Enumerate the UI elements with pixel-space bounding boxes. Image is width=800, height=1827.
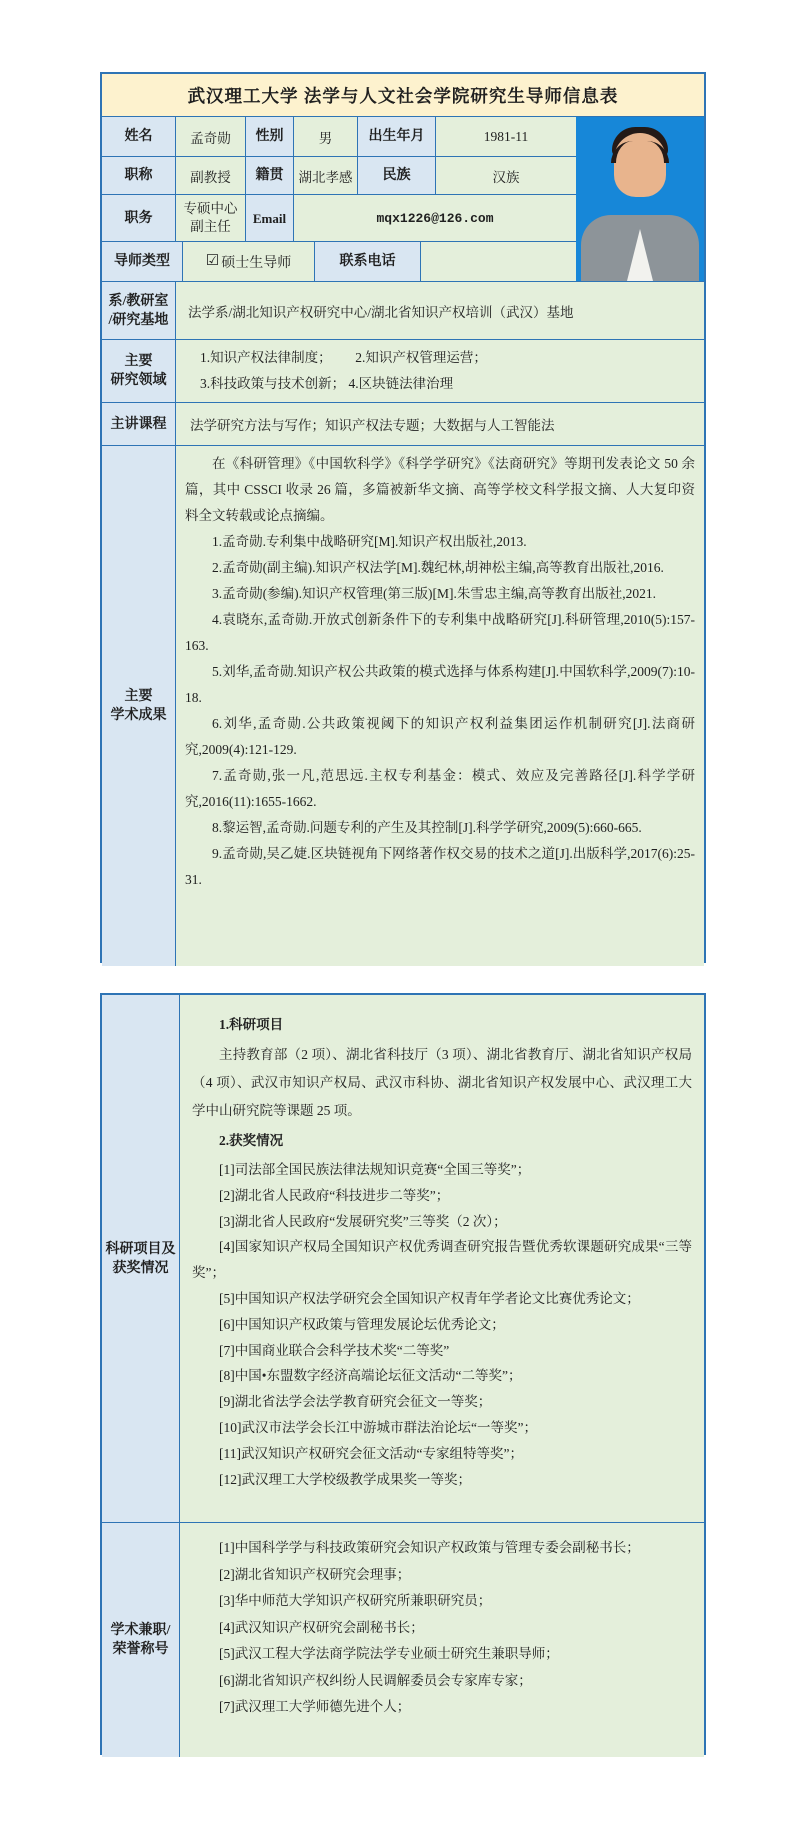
- projects-awards-label-line1: 科研项目及: [106, 1240, 176, 1259]
- projects-awards-label: 科研项目及 获奖情况: [102, 995, 180, 1522]
- name-value: 孟奇勋: [176, 117, 246, 156]
- personal-info-section: 姓名 孟奇勋 性别 男 出生年月 1981-11 职称 副教授 籍贯 湖北孝感 …: [102, 117, 704, 282]
- phone-value: [421, 242, 576, 281]
- affiliation-item: [4]武汉知识产权研究会副秘书长；: [192, 1615, 692, 1642]
- courses-row: 主讲课程 法学研究方法与写作；知识产权法专题；大数据与人工智能法: [102, 403, 704, 446]
- department-value: 法学系/湖北知识产权研究中心/湖北省知识产权培训（武汉）基地: [176, 282, 704, 339]
- affiliations-label-line1: 学术兼职/: [111, 1621, 171, 1640]
- achievements-label-line2: 学术成果: [111, 706, 167, 725]
- mentor-type-label: 导师类型: [102, 242, 183, 281]
- research-fields-label: 主要 研究领域: [102, 340, 176, 402]
- table-title: 武汉理工大学 法学与人文社会学院研究生导师信息表: [102, 74, 704, 117]
- awards-heading: 2.获奖情况: [192, 1127, 692, 1155]
- ethnic-value: 汉族: [436, 157, 576, 194]
- affiliation-item: [7]武汉理工大学师德先进个人；: [192, 1694, 692, 1721]
- award-item: [3]湖北省人民政府“发展研究奖”三等奖（2 次）；: [192, 1209, 692, 1235]
- award-item: [4]国家知识产权局全国知识产权优秀调查研究报告暨优秀软课题研究成果“三等奖”；: [192, 1234, 692, 1286]
- row-title-origin-ethnic: 职称 副教授 籍贯 湖北孝感 民族 汉族: [102, 157, 576, 195]
- affiliation-item: [3]华中师范大学知识产权研究所兼职研究员；: [192, 1588, 692, 1615]
- award-list: [1]司法部全国民族法律法规知识竞赛“全国三等奖”；[2]湖北省人民政府“科技进…: [192, 1157, 692, 1492]
- publication-item: 7.孟奇勋,张一凡,范思远.主权专利基金：模式、效应及完善路径[J].科学学研究…: [185, 763, 695, 815]
- affiliation-item: [2]湖北省知识产权研究会理事；: [192, 1562, 692, 1589]
- publication-item: 8.黎运智,孟奇勋.问题专利的产生及其控制[J].科学学研究,2009(5):6…: [185, 815, 695, 841]
- publication-item: 6.刘华,孟奇勋.公共政策视阈下的知识产权利益集团运作机制研究[J].法商研究,…: [185, 711, 695, 763]
- row-mentor-type-phone: 导师类型 ☑ 硕士生导师 联系电话: [102, 242, 576, 281]
- affiliations-content: [1]中国科学学与科技政策研究会知识产权政策与管理专委会副秘书长；[2]湖北省知…: [180, 1523, 704, 1757]
- achievements-content: 在《科研管理》《中国软科学》《科学学研究》《法商研究》等期刊发表论文 50 余篇…: [176, 446, 704, 966]
- award-item: [1]司法部全国民族法律法规知识竞赛“全国三等奖”；: [192, 1157, 692, 1183]
- prof-title-value: 副教授: [176, 157, 246, 194]
- gender-value: 男: [294, 117, 358, 156]
- affiliations-row: 学术兼职/ 荣誉称号 [1]中国科学学与科技政策研究会知识产权政策与管理专委会副…: [102, 1523, 704, 1757]
- award-item: [9]湖北省法学会法学教育研究会征文一等奖；: [192, 1389, 692, 1415]
- affiliations-label: 学术兼职/ 荣誉称号: [102, 1523, 180, 1757]
- research-fields-label-line1: 主要: [125, 352, 153, 371]
- projects-text: 主持教育部（2 项）、湖北省科技厅（3 项）、湖北省教育厅、湖北省知识产权局（4…: [192, 1041, 692, 1125]
- publication-list: 1.孟奇勋.专利集中战略研究[M].知识产权出版社,2013.2.孟奇勋(副主编…: [185, 529, 695, 893]
- origin-label: 籍贯: [246, 157, 294, 194]
- award-item: [7]中国商业联合会科学技术奖“二等奖”: [192, 1338, 692, 1364]
- projects-awards-row: 科研项目及 获奖情况 1.科研项目 主持教育部（2 项）、湖北省科技厅（3 项）…: [102, 995, 704, 1523]
- affiliation-item: [5]武汉工程大学法商学院法学专业硕士研究生兼职导师；: [192, 1641, 692, 1668]
- award-item: [10]武汉市法学会长江中游城市群法治论坛“一等奖”；: [192, 1415, 692, 1441]
- position-value: 专硕中心副主任: [176, 195, 246, 241]
- department-label-line2: /研究基地: [109, 311, 169, 330]
- ethnic-label: 民族: [358, 157, 436, 194]
- phone-label: 联系电话: [315, 242, 421, 281]
- publication-item: 3.孟奇勋(参编).知识产权管理(第三版)[M].朱雪忠主编,高等教育出版社,2…: [185, 581, 695, 607]
- mentor-type-value: ☑ 硕士生导师: [183, 242, 315, 281]
- email-value: mqx1226@126.com: [294, 195, 576, 241]
- publication-item: 4.袁晓东,孟奇勋.开放式创新条件下的专利集中战略研究[J].科研管理,2010…: [185, 607, 695, 659]
- research-fields-value: 1.知识产权法律制度； 2.知识产权管理运营； 3.科技政策与技术创新； 4.区…: [176, 340, 704, 402]
- prof-title-label: 职称: [102, 157, 176, 194]
- publication-item: 9.孟奇勋,吴乙婕.区块链视角下网络著作权交易的技术之道[J].出版科学,201…: [185, 841, 695, 893]
- courses-value: 法学研究方法与写作；知识产权法专题；大数据与人工智能法: [176, 403, 704, 445]
- checked-checkbox-icon: ☑: [206, 254, 219, 269]
- affiliation-item: [6]湖北省知识产权纠纷人民调解委员会专家库专家；: [192, 1668, 692, 1695]
- mentor-info-table: 武汉理工大学 法学与人文社会学院研究生导师信息表 姓名 孟奇勋 性别 男 出生年…: [100, 72, 706, 963]
- award-item: [5]中国知识产权法学研究会全国知识产权青年学者论文比赛优秀论文；: [192, 1286, 692, 1312]
- origin-value: 湖北孝感: [294, 157, 358, 194]
- name-label: 姓名: [102, 117, 176, 156]
- position-label: 职务: [102, 195, 176, 241]
- projects-awards-table: 科研项目及 获奖情况 1.科研项目 主持教育部（2 项）、湖北省科技厅（3 项）…: [100, 993, 706, 1755]
- birth-value: 1981-11: [436, 117, 576, 156]
- affiliations-label-line2: 荣誉称号: [113, 1640, 169, 1659]
- email-label: Email: [246, 195, 294, 241]
- award-item: [11]武汉知识产权研究会征文活动“专家组特等奖”；: [192, 1441, 692, 1467]
- achievements-label: 主要 学术成果: [102, 446, 176, 966]
- row-position-email: 职务 专硕中心副主任 Email mqx1226@126.com: [102, 195, 576, 242]
- publication-item: 2.孟奇勋(副主编).知识产权法学[M].魏纪林,胡神松主编,高等教育出版社,2…: [185, 555, 695, 581]
- award-item: [6]中国知识产权政策与管理发展论坛优秀论文；: [192, 1312, 692, 1338]
- department-label-line1: 系/教研室: [109, 292, 169, 311]
- affiliation-list: [1]中国科学学与科技政策研究会知识产权政策与管理专委会副秘书长；[2]湖北省知…: [192, 1535, 692, 1721]
- research-fields-label-line2: 研究领域: [111, 371, 167, 390]
- document-page: 武汉理工大学 法学与人文社会学院研究生导师信息表 姓名 孟奇勋 性别 男 出生年…: [0, 0, 800, 1827]
- research-fields-line1: 1.知识产权法律制度； 2.知识产权管理运营；: [200, 345, 487, 371]
- publication-item: 5.刘华,孟奇勋.知识产权公共政策的模式选择与体系构建[J].中国软科学,200…: [185, 659, 695, 711]
- courses-label: 主讲课程: [102, 403, 176, 445]
- projects-awards-label-line2: 获奖情况: [113, 1259, 169, 1278]
- research-fields-row: 主要 研究领域 1.知识产权法律制度； 2.知识产权管理运营； 3.科技政策与技…: [102, 340, 704, 403]
- award-item: [2]湖北省人民政府“科技进步二等奖”；: [192, 1183, 692, 1209]
- gender-label: 性别: [246, 117, 294, 156]
- award-item: [8]中国•东盟数字经济高端论坛征文活动“二等奖”；: [192, 1363, 692, 1389]
- publication-item: 1.孟奇勋.专利集中战略研究[M].知识产权出版社,2013.: [185, 529, 695, 555]
- award-item: [12]武汉理工大学校级教学成果奖一等奖；: [192, 1467, 692, 1493]
- portrait-photo: [576, 117, 704, 281]
- department-row: 系/教研室 /研究基地 法学系/湖北知识产权研究中心/湖北省知识产权培训（武汉）…: [102, 282, 704, 340]
- achievements-intro: 在《科研管理》《中国软科学》《科学学研究》《法商研究》等期刊发表论文 50 余篇…: [185, 451, 695, 529]
- projects-heading: 1.科研项目: [192, 1011, 692, 1039]
- birth-label: 出生年月: [358, 117, 436, 156]
- row-name-gender-birth: 姓名 孟奇勋 性别 男 出生年月 1981-11: [102, 117, 576, 157]
- mentor-type-text: 硕士生导师: [221, 252, 291, 272]
- projects-awards-content: 1.科研项目 主持教育部（2 项）、湖北省科技厅（3 项）、湖北省教育厅、湖北省…: [180, 995, 704, 1522]
- research-fields-line2: 3.科技政策与技术创新； 4.区块链法律治理: [200, 371, 487, 397]
- achievements-row: 主要 学术成果 在《科研管理》《中国软科学》《科学学研究》《法商研究》等期刊发表…: [102, 446, 704, 966]
- achievements-label-line1: 主要: [125, 687, 153, 706]
- department-label: 系/教研室 /研究基地: [102, 282, 176, 339]
- affiliation-item: [1]中国科学学与科技政策研究会知识产权政策与管理专委会副秘书长；: [192, 1535, 692, 1562]
